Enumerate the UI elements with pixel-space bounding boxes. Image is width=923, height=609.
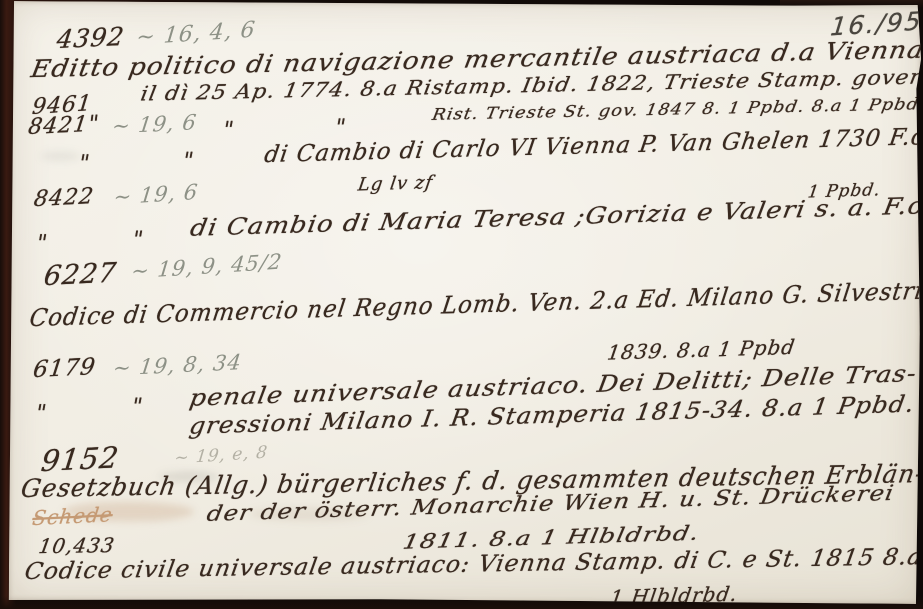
shelfmark-6227: 6227 [42, 257, 119, 292]
shelfmark-4392: 4392 [55, 22, 126, 54]
pencil-ref-19-6: ~ 19, 6 [111, 110, 199, 138]
entry-cambio-teresa: di Cambio di Maria Teresa ;Gorizia e Val… [188, 193, 923, 242]
shelfmark-8421: 8421" [27, 111, 101, 140]
pencil-ref-16-4-6: ~ 16, 4, 6 [135, 18, 257, 51]
shelfmark-8422: 8422 [32, 184, 95, 212]
paper-stain [41, 151, 81, 161]
pencil-ref-19-9-45-2: ~ 19, 9, 45/2 [130, 249, 284, 283]
ditto-mark: " [129, 395, 145, 420]
pencil-ref-19-6b: ~ 19, 6 [112, 180, 199, 210]
folio-number: 16./95 [829, 6, 923, 41]
commercio-edition: 1839. 8.a 1 Ppbd [606, 335, 797, 365]
ditto-mark: " [181, 149, 197, 174]
entry-codice-commercio: Codice di Commercio nel Regno Lomb. Ven.… [28, 277, 923, 332]
ditto-mark: " [221, 118, 237, 143]
shelfmark-10433: 10,433 [37, 533, 117, 558]
catalog-card-paper: 4392~ 16, 4, 6Editto politico di navigaz… [9, 1, 922, 604]
photo-of-catalog-card: 4392~ 16, 4, 6Editto politico di navigaz… [0, 0, 923, 609]
ditto-mark: " [33, 401, 49, 426]
shelfmark-6179: 6179 [32, 354, 98, 383]
ditto-mark: " [333, 115, 349, 140]
ditto-mark: " [130, 228, 146, 253]
civile-binding: 1 Hlbldrbd. [609, 582, 740, 609]
pencil-ref-19-e-8: ~ 19, e, 8 [173, 442, 269, 468]
crossed-out-word: Schede [31, 502, 114, 530]
editto-edition-1847: Rist. Trieste St. gov. 1847 8. 1 Ppbd. 8… [431, 94, 923, 124]
binding-note-abbrev: Lg lv zf [356, 172, 434, 195]
ditto-mark: " [34, 231, 50, 256]
ditto-mark: " [77, 151, 93, 176]
pencil-ref-19-8-34: ~ 19, 8, 34 [112, 350, 244, 380]
entry-cambio-carlo: di Cambio di Carlo VI Vienna P. Van Ghel… [263, 124, 923, 168]
